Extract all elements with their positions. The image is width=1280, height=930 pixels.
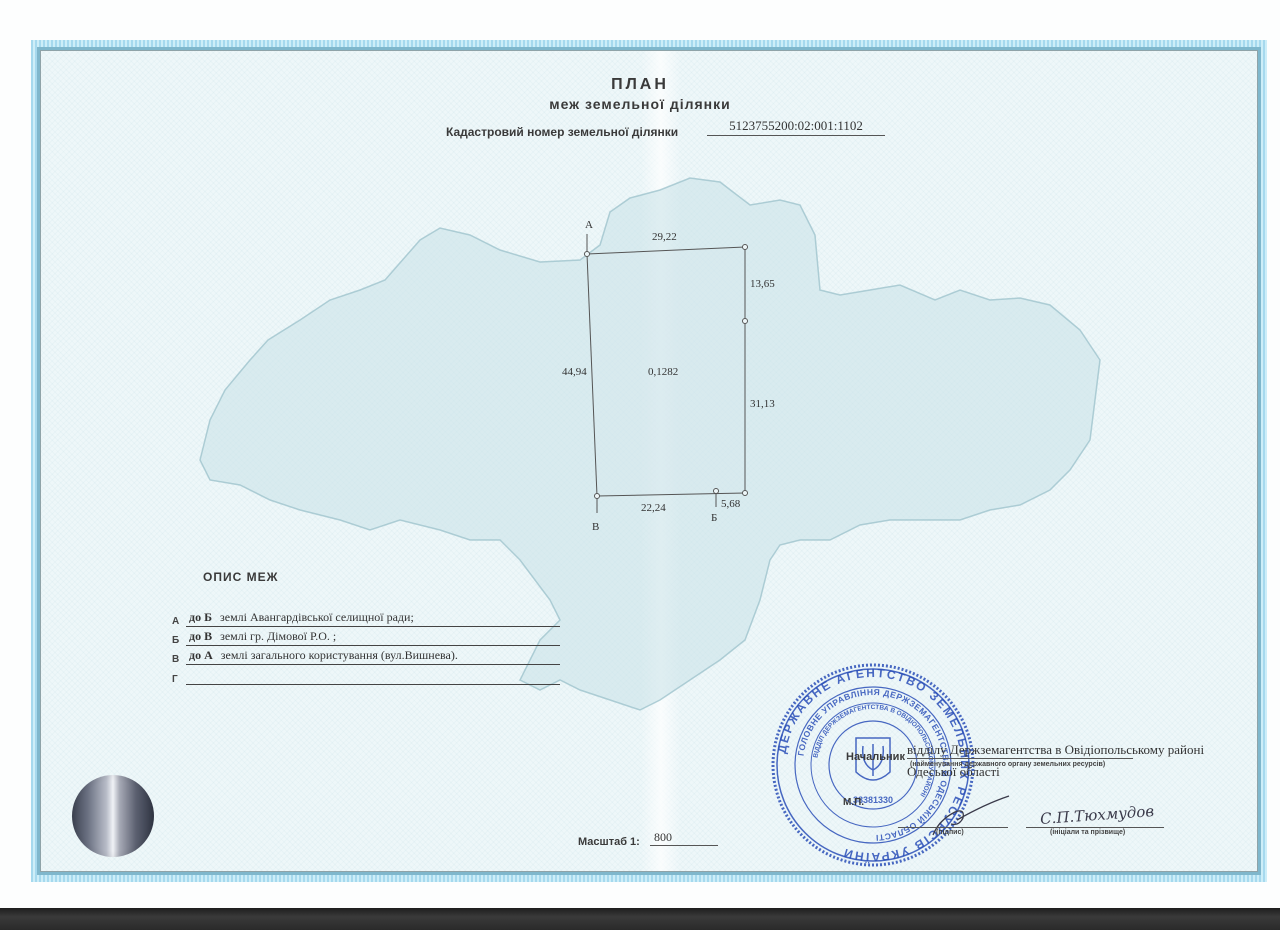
- boundary-to: до Б: [189, 610, 212, 624]
- boundary-text: землі гр. Дімової Р.О. ;: [220, 629, 336, 643]
- seal-place-label: М.П.: [843, 797, 864, 808]
- boundary-line: до Аземлі загального користування (вул.В…: [186, 648, 560, 665]
- signature-line: [898, 826, 1008, 828]
- boundary-row: Г: [172, 667, 560, 685]
- parcel-area: 0,1282: [648, 366, 678, 378]
- dimension-right-lower: 31,13: [750, 398, 775, 410]
- boundary-from: В: [172, 654, 179, 665]
- boundary-to: до А: [189, 648, 213, 662]
- scale-label: Масштаб 1:: [578, 836, 640, 848]
- cadastral-number-label: Кадастровий номер земельної ділянки: [446, 125, 678, 139]
- boundary-text: землі Авангардівської селищної ради;: [220, 610, 414, 624]
- signature-caption: (підпис): [936, 829, 964, 836]
- dimension-left: 44,94: [562, 366, 587, 378]
- organization-name-line2: Одеської області: [907, 764, 1000, 780]
- boundary-row: Б до Вземлі гр. Дімової Р.О. ;: [172, 628, 560, 646]
- point-a-label: А: [585, 219, 593, 231]
- document-subtitle: меж земельної ділянки: [0, 96, 1280, 112]
- name-line: [1026, 826, 1164, 828]
- boundary-from: Б: [172, 635, 179, 646]
- scanner-edge: [0, 908, 1280, 930]
- document-title: ПЛАН: [0, 76, 1280, 94]
- boundary-row: В до Аземлі загального користування (вул…: [172, 647, 560, 665]
- boundary-line: до Вземлі гр. Дімової Р.О. ;: [186, 629, 560, 646]
- dimension-top: 29,22: [652, 231, 677, 243]
- organization-name-line1: відділу Держземагентства в Овідіопольськ…: [907, 742, 1133, 759]
- point-v-label: В: [592, 521, 599, 533]
- scale-value: 800: [650, 830, 718, 846]
- boundary-line: [186, 668, 560, 685]
- boundary-description-title: ОПИС МЕЖ: [203, 570, 278, 584]
- boundary-to: до В: [189, 629, 212, 643]
- chief-label: Начальник: [846, 751, 905, 763]
- hologram-sticker: [72, 775, 154, 857]
- cadastral-number-value: 5123755200:02:001:1102: [707, 118, 885, 136]
- name-caption: (ініціали та прізвище): [1050, 829, 1125, 836]
- boundary-line: до Бземлі Авангардівської селищної ради;: [186, 610, 560, 627]
- boundary-from: Г: [172, 674, 178, 685]
- dimension-bottom-right: 5,68: [721, 498, 740, 510]
- boundary-text: землі загального користування (вул.Вишне…: [221, 648, 458, 662]
- boundary-from: А: [172, 616, 179, 627]
- boundary-row: А до Бземлі Авангардівської селищної рад…: [172, 609, 560, 627]
- dimension-bottom-left: 22,24: [641, 502, 666, 514]
- point-b-label: Б: [711, 512, 717, 524]
- ukraine-map-watermark: [0, 0, 1280, 930]
- dimension-right-upper: 13,65: [750, 278, 775, 290]
